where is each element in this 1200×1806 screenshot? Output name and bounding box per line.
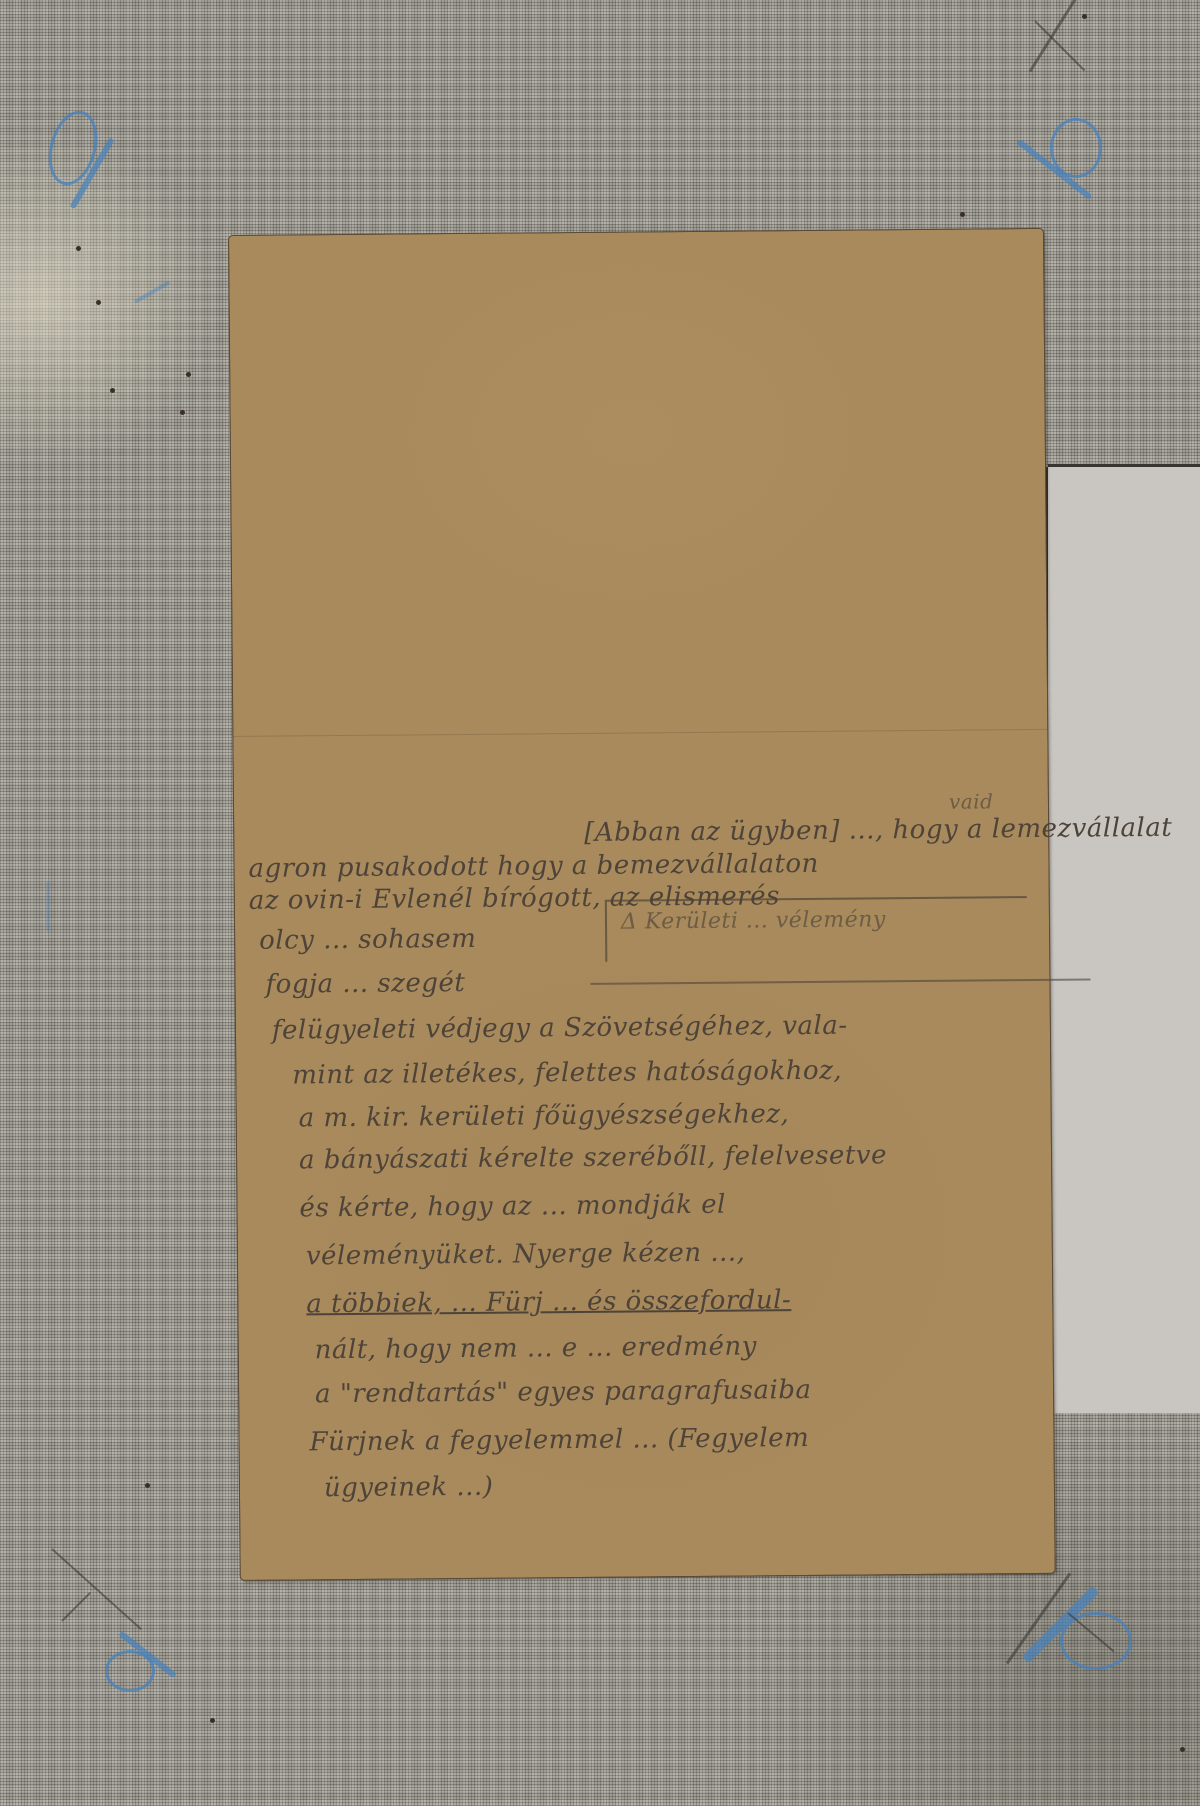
superscript-insertion: vaid (949, 789, 994, 813)
text-line-15: Fürjnek a fegyelemmel ... (Fegyelem (309, 1423, 809, 1457)
text-line-9: a bányászati kérelte szerébőll, felelves… (299, 1140, 887, 1175)
text-line-4: olcy ... sohasem (259, 924, 476, 956)
text-line-2: agron pusakodott hogy a bemezvállalaton (248, 849, 819, 884)
white-backing-card (1048, 467, 1200, 1413)
handwritten-text: vaid [Abban az ügyben] ..., hogy a lemez… (229, 229, 1055, 1580)
text-line-12: a többiek, ... Fürj ... és összefordul- (306, 1285, 791, 1319)
manuscript-sheet: vaid [Abban az ügyben] ..., hogy a lemez… (229, 229, 1055, 1580)
text-line-1: [Abban az ügyben] ..., hogy a lemezválla… (584, 813, 1172, 848)
text-line-16: ügyeinek ...) (324, 1472, 494, 1503)
margin-note-text: Δ Kerületi ... vélemény (621, 907, 886, 934)
text-line-10: és kérte, hogy az ... mondják el (299, 1190, 726, 1224)
text-line-11: véleményüket. Nyerge kézen ..., (306, 1238, 746, 1272)
text-line-13: nált, hogy nem ... e ... eredmény (315, 1331, 757, 1365)
text-line-6: felügyeleti védjegy a Szövetségéhez, val… (272, 1011, 848, 1046)
text-line-5: fogja ... szegét (265, 968, 465, 1000)
margin-note-box: Δ Kerületi ... vélemény (605, 896, 1028, 962)
text-line-14: a "rendtartás" egyes paragrafusaiba (315, 1375, 812, 1409)
text-line-7: mint az illetékes, felettes hatóságokhoz… (292, 1056, 842, 1091)
text-line-8: a m. kir. kerületi főügyészségekhez, (299, 1099, 790, 1133)
margin-note-underline (591, 979, 1091, 985)
